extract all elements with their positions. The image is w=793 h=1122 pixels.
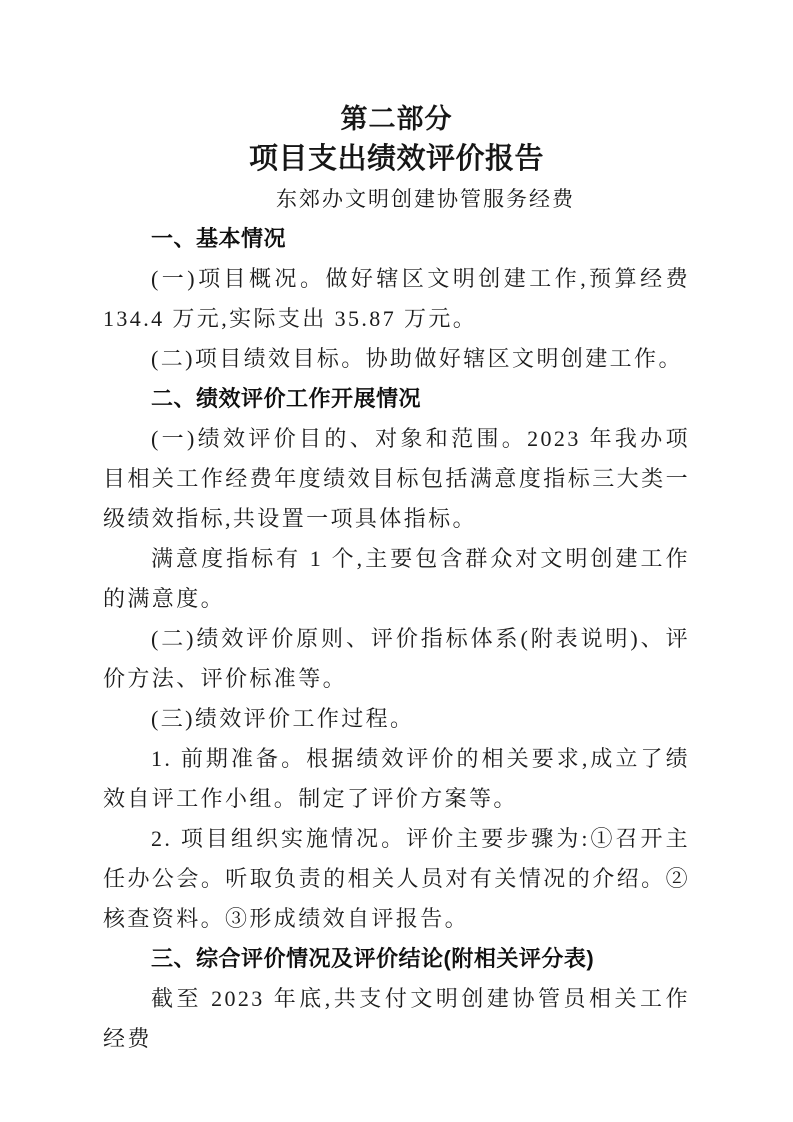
- paragraph-preparation: 1. 前期准备。根据绩效评价的相关要求,成立了绩效自评工作小组。制定了评价方案等…: [103, 739, 690, 819]
- document-page: 第二部分 项目支出绩效评价报告 东郊办文明创建协管服务经费 一、基本情况 (一)…: [0, 0, 793, 1122]
- paragraph-evaluation-purpose: (一)绩效评价目的、对象和范围。2023 年我办项目相关工作经费年度绩效目标包括…: [103, 419, 690, 539]
- section-heading-basic-info: 一、基本情况: [103, 219, 690, 259]
- paragraph-satisfaction-indicator: 满意度指标有 1 个,主要包含群众对文明创建工作的满意度。: [103, 539, 690, 619]
- document-title: 项目支出绩效评价报告: [103, 139, 690, 179]
- section-heading-comprehensive-evaluation: 三、综合评价情况及评价结论(附相关评分表): [103, 939, 690, 979]
- paragraph-implementation: 2. 项目组织实施情况。评价主要步骤为:①召开主任办公会。听取负责的相关人员对有…: [103, 819, 690, 939]
- document-header: 第二部分 项目支出绩效评价报告 东郊办文明创建协管服务经费: [103, 99, 690, 219]
- document-content: 第二部分 项目支出绩效评价报告 东郊办文明创建协管服务经费 一、基本情况 (一)…: [103, 99, 690, 1059]
- paragraph-project-overview: (一)项目概况。做好辖区文明创建工作,预算经费 134.4 万元,实际支出 35…: [103, 259, 690, 339]
- paragraph-conclusion-start: 截至 2023 年底,共支付文明创建协管员相关工作经费: [103, 979, 690, 1059]
- paragraph-performance-target: (二)项目绩效目标。协助做好辖区文明创建工作。: [103, 339, 690, 379]
- paragraph-evaluation-process: (三)绩效评价工作过程。: [103, 699, 690, 739]
- paragraph-evaluation-principles: (二)绩效评价原则、评价指标体系(附表说明)、评价方法、评价标准等。: [103, 619, 690, 699]
- section-heading-evaluation-work: 二、绩效评价工作开展情况: [103, 379, 690, 419]
- part-label: 第二部分: [103, 99, 690, 139]
- document-subtitle: 东郊办文明创建协管服务经费: [132, 179, 719, 219]
